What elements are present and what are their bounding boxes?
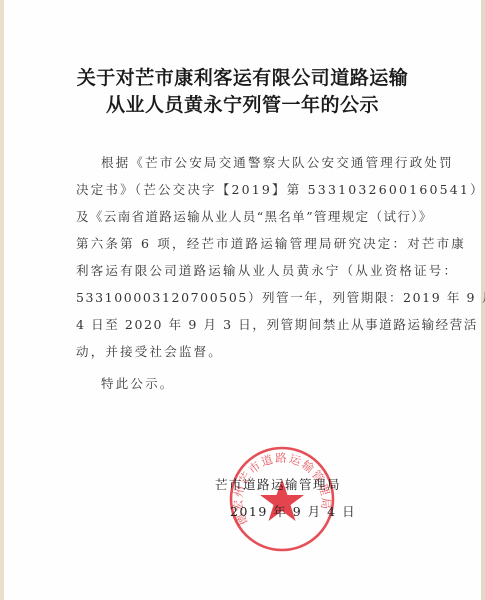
- body-line: 及《云南省道路运输从业人员“黑名单”管理规定（试行）》: [76, 207, 433, 225]
- body-line: 根据《芒市公安局交通警察大队公安交通管理行政处罚: [101, 153, 454, 171]
- document-title-line-2: 从业人员黄永宁列管一年的公示: [0, 90, 485, 117]
- issue-date: 2019 年 9 月 4 日: [230, 502, 356, 520]
- document-title-line-1: 关于对芒市康利客运有限公司道路运输: [0, 63, 485, 90]
- body-line: 利客运有限公司道路运输从业人员黄永宁（从业资格证号：: [76, 261, 458, 279]
- issuer-name: 芒市道路运输管理局: [215, 475, 341, 493]
- official-seal-icon: 德宏州芒市道路运输管理局: [228, 445, 336, 553]
- body-line: 533100003120700505）列管一年，列管期限：2019 年 9 月: [76, 288, 485, 306]
- body-line: 4 日至 2020 年 9 月 3 日，列管期间禁止从事道路运输经营活: [76, 315, 478, 333]
- body-line: 动，并接受社会监督。: [76, 342, 223, 360]
- body-line: 决定书》（芒公交决字【2019】第 5331032600160541）事项: [76, 180, 485, 198]
- body-line: 第六条第 6 项，经芒市道路运输管理局研究决定：对芒市康: [76, 234, 466, 252]
- closing-text: 特此公示。: [101, 374, 175, 392]
